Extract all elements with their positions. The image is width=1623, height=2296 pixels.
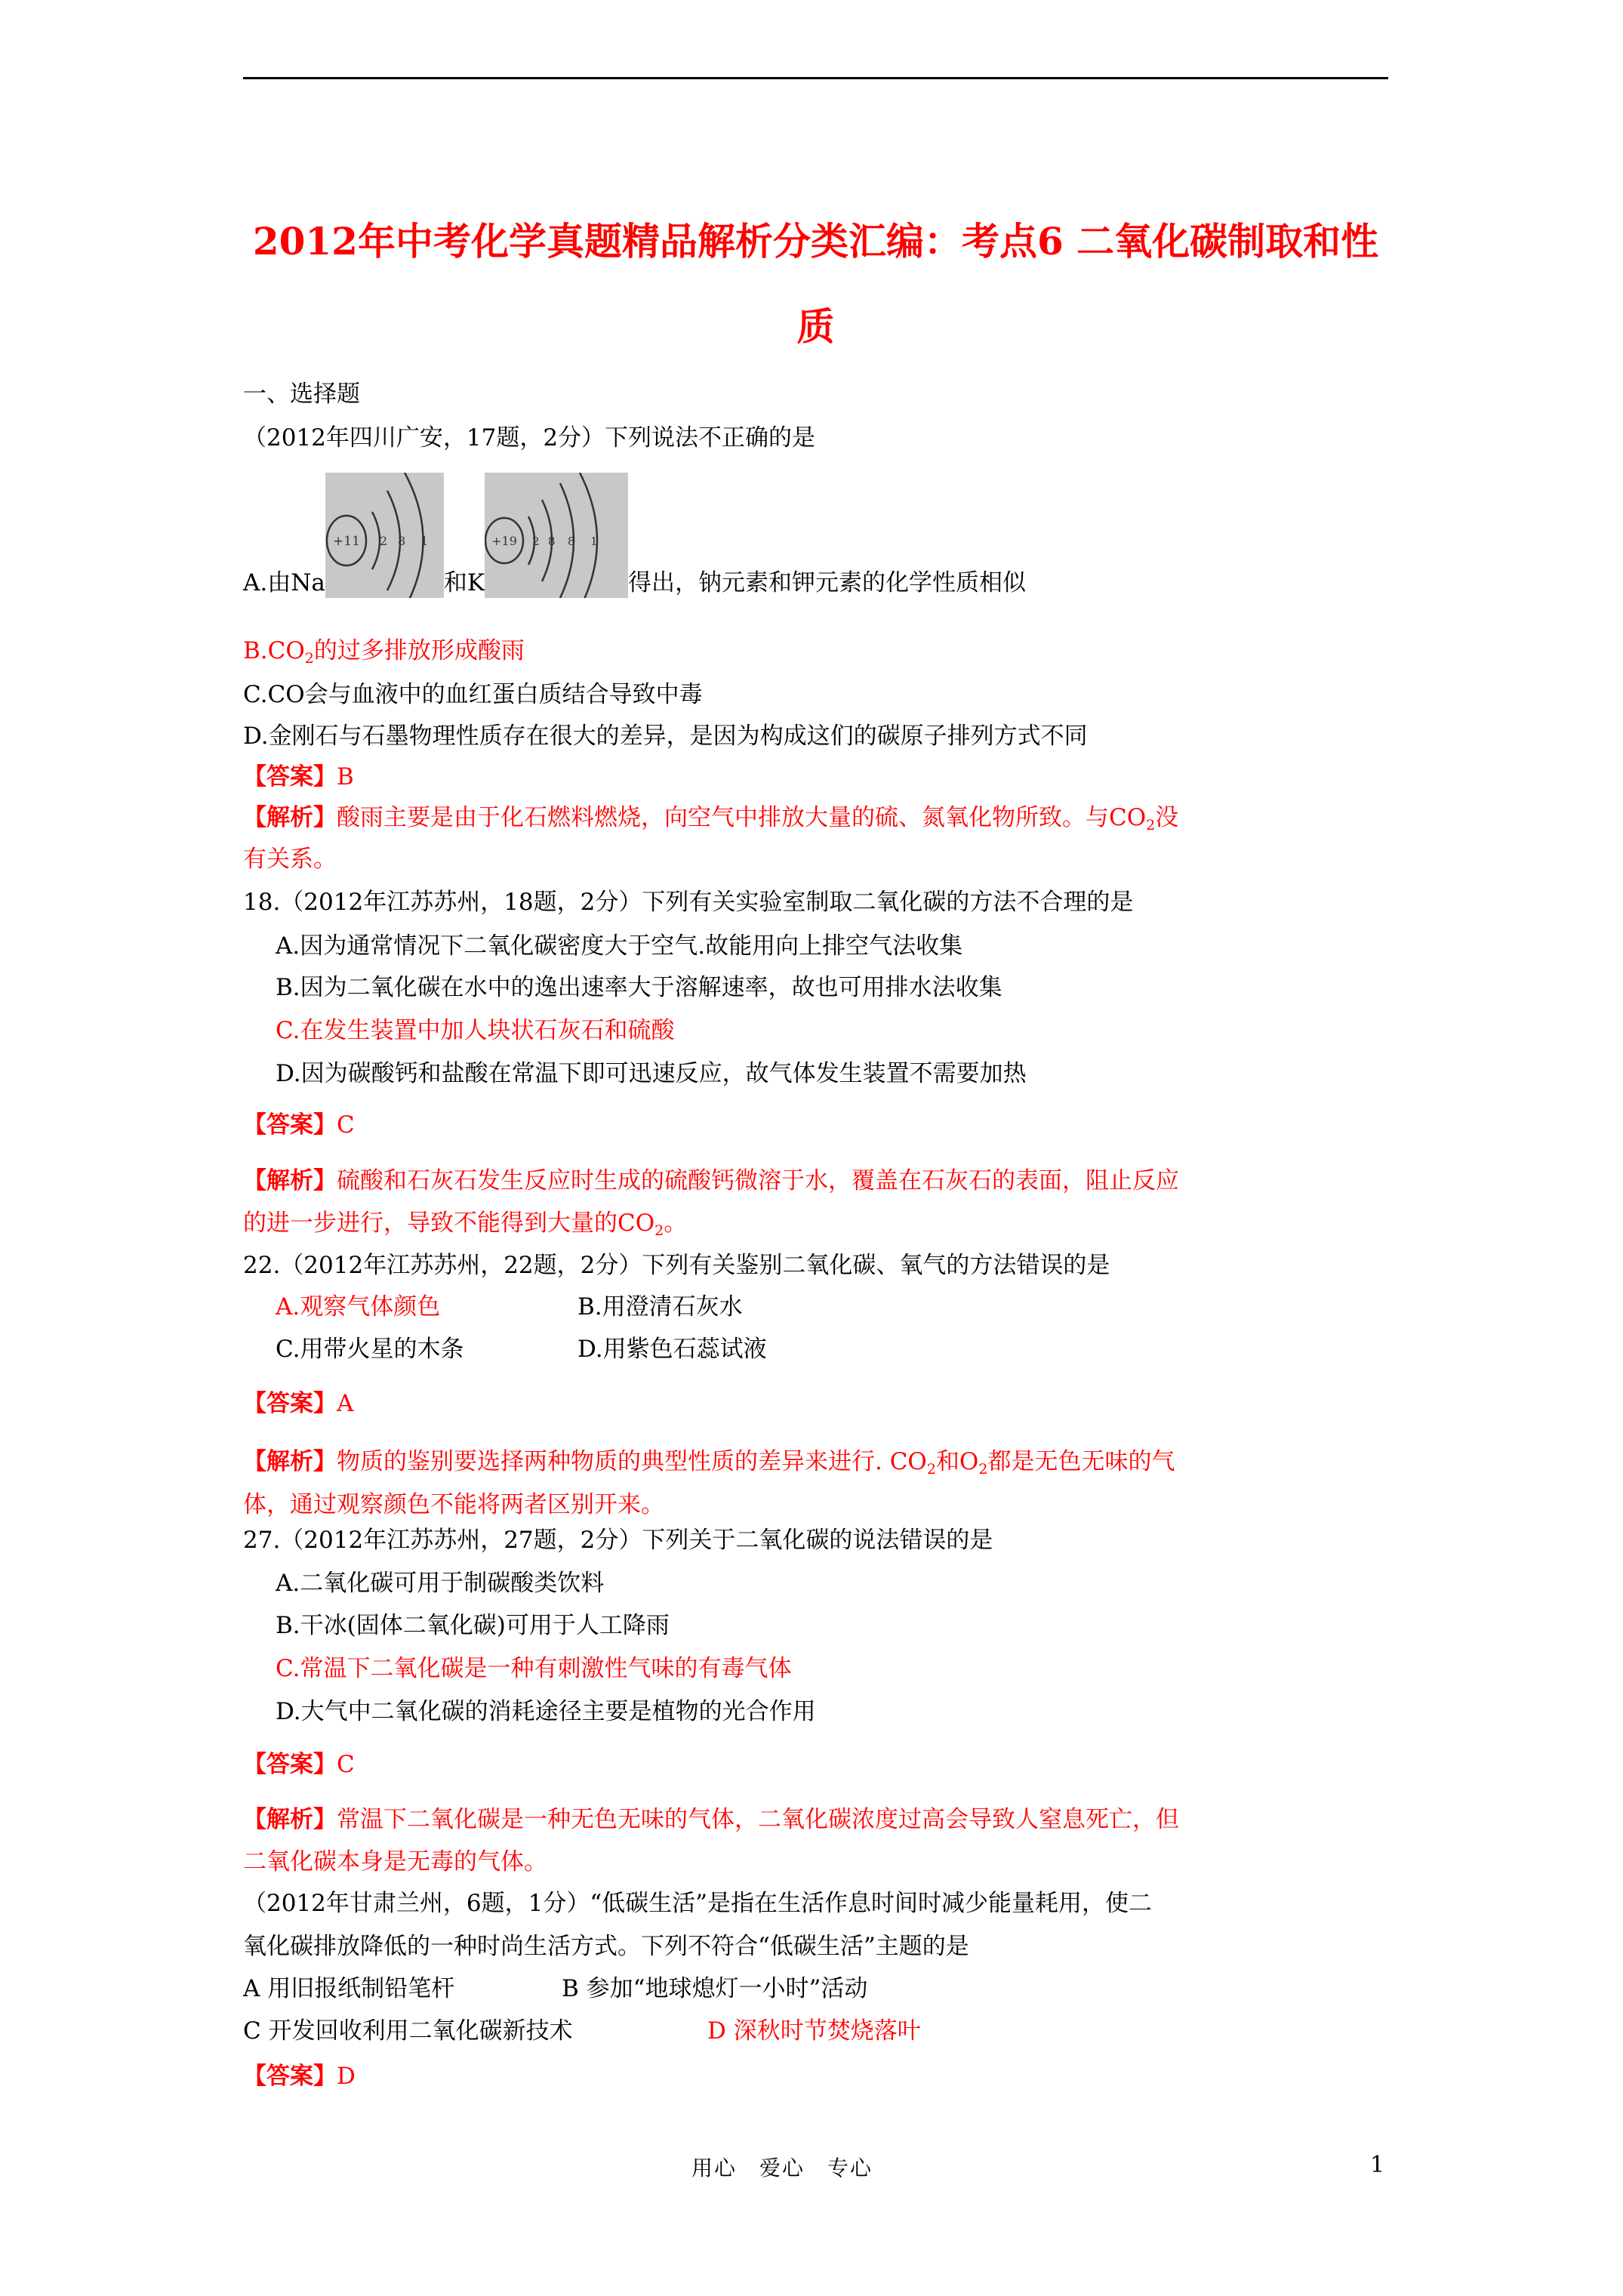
subscript: 2 [978, 1461, 987, 1478]
q18-analysis-line1: 【解析】硫酸和石灰石发生反应时生成的硫酸钙微溶于水，覆盖在石灰石的表面，阻止反应 [243, 1166, 1179, 1196]
q27-stem: 27.（2012年江苏苏州，27题，2分）下列关于二氧化碳的说法错误的是 [243, 1525, 993, 1555]
q22-options-row2: C.用带火星的木条D.用紫色石蕊试液 [276, 1334, 767, 1364]
svg-text:+11: +11 [333, 534, 360, 549]
q22-option-c: C.用带火星的木条 [276, 1334, 577, 1364]
q18-option-d: D.因为碳酸钙和盐酸在常温下即可迅速反应，故气体发生装置不需要加热 [276, 1059, 1027, 1089]
q-lanzhou-answer: 【答案】D [243, 2061, 356, 2091]
subscript: 2 [927, 1461, 936, 1478]
q-lanzhou-stem-line1: （2012年甘肃兰州，6题，1分）“低碳生活”是指在生活作息时间时减少能量耗用，… [243, 1888, 1152, 1918]
q17-option-a: A.由Na +11 2 8 1 和K +19 2 8 8 1 得出，钠元素和钾元… [243, 473, 1026, 598]
q22-analysis-line1: 【解析】物质的鉴别要选择两种物质的典型性质的差异来进行. CO2和O2都是无色无… [243, 1447, 1175, 1477]
q-lanzhou-option-b: B 参加“地球熄灯一小时”活动 [562, 1974, 867, 2004]
q-lanzhou-option-a: A 用旧报纸制铅笔杆 [243, 1974, 562, 2004]
subscript: 2 [654, 1222, 664, 1239]
subscript: 2 [1146, 817, 1155, 834]
answer-value: B [337, 763, 354, 791]
document-title-line1: 2012年中考化学真题精品解析分类汇编：考点6 二氧化碳制取和性 [243, 219, 1388, 264]
q22-answer: 【答案】A [243, 1388, 353, 1419]
answer-label: 【答案】 [243, 763, 337, 791]
analysis-label: 【解析】 [243, 804, 337, 831]
q27-analysis-line1: 【解析】常温下二氧化碳是一种无色无味的气体，二氧化碳浓度过高会导致人窒息死亡，但 [243, 1804, 1179, 1835]
svg-text:1: 1 [590, 535, 598, 548]
svg-text:2: 2 [532, 535, 540, 548]
q22-option-d: D.用紫色石蕊试液 [577, 1334, 767, 1364]
analysis-text: 酸雨主要是由于化石燃料燃烧，向空气中排放大量的硫、氮氧化物所致。与CO [337, 804, 1146, 831]
analysis-text: 物质的鉴别要选择两种物质的典型性质的差异来进行. CO [337, 1448, 927, 1475]
q-lanzhou-options-row1: A 用旧报纸制铅笔杆B 参加“地球熄灯一小时”活动 [243, 1974, 867, 2004]
answer-value: D [337, 2063, 356, 2090]
analysis-text: 都是无色无味的气 [987, 1448, 1175, 1475]
q17-analysis-line1: 【解析】酸雨主要是由于化石燃料燃烧，向空气中排放大量的硫、氮氧化物所致。与CO2… [243, 803, 1178, 833]
analysis-label: 【解析】 [243, 1448, 337, 1475]
answer-value: C [337, 1111, 355, 1139]
svg-text:1: 1 [420, 534, 428, 548]
q17-b-post: 的过多排放形成酸雨 [314, 637, 525, 664]
q27-option-b: B.干冰(固体二氧化碳)可用于人工降雨 [276, 1610, 670, 1641]
q18-option-b: B.因为二氧化碳在水中的逸出速率大于溶解速率，故也可用排水法收集 [276, 972, 1002, 1003]
footer-motto: 用心 爱心 专心 [691, 2152, 873, 2182]
q27-analysis-line2: 二氧化碳本身是无毒的气体。 [243, 1847, 547, 1877]
section-heading: 一、选择题 [243, 379, 360, 409]
q27-option-d: D.大气中二氧化碳的消耗途径主要是植物的光合作用 [276, 1697, 816, 1727]
analysis-text: 没 [1155, 804, 1178, 831]
svg-text:8: 8 [548, 535, 556, 548]
analysis-text: 。 [664, 1210, 687, 1237]
page-number: 1 [1370, 2152, 1384, 2178]
answer-value: A [337, 1390, 353, 1417]
q-lanzhou-option-d: D 深秋时节焚烧落叶 [707, 2016, 921, 2046]
q18-stem: 18.（2012年江苏苏州，18题，2分）下列有关实验室制取二氧化碳的方法不合理… [243, 887, 1133, 917]
analysis-text: 硫酸和石灰石发生反应时生成的硫酸钙微溶于水，覆盖在石灰石的表面，阻止反应 [337, 1167, 1179, 1194]
svg-text:2: 2 [380, 534, 387, 548]
q22-analysis-line2: 体，通过观察颜色不能将两者区别开来。 [243, 1490, 664, 1520]
q18-option-a: A.因为通常情况下二氧化碳密度大于空气.故能用向上排空气法收集 [276, 931, 962, 961]
q17-a-suffix: 得出，钠元素和钾元素的化学性质相似 [628, 569, 1026, 596]
subscript: 2 [305, 650, 314, 667]
q18-answer: 【答案】C [243, 1110, 355, 1140]
answer-label: 【答案】 [243, 1111, 337, 1139]
answer-value: C [337, 1751, 355, 1778]
answer-label: 【答案】 [243, 2063, 337, 2090]
q22-option-a: A.观察气体颜色 [276, 1292, 577, 1322]
q17-option-d: D.金刚石与石墨物理性质存在很大的差异，是因为构成这们的碳原子排列方式不同 [243, 721, 1088, 751]
analysis-text: 常温下二氧化碳是一种无色无味的气体，二氧化碳浓度过高会导致人窒息死亡，但 [337, 1806, 1179, 1833]
q27-option-a: A.二氧化碳可用于制碳酸类饮料 [276, 1568, 604, 1598]
q27-option-c: C.常温下二氧化碳是一种有刺激性气味的有毒气体 [276, 1653, 791, 1684]
analysis-text: 的进一步进行，导致不能得到大量的CO [243, 1210, 654, 1237]
q18-analysis-line2: 的进一步进行，导致不能得到大量的CO2。 [243, 1208, 687, 1238]
q22-option-b: B.用澄清石灰水 [577, 1292, 743, 1322]
q17-option-b: B.CO2的过多排放形成酸雨 [243, 636, 525, 666]
answer-label: 【答案】 [243, 1390, 337, 1417]
analysis-text: 和O [936, 1448, 978, 1475]
q17-answer: 【答案】B [243, 762, 354, 792]
sodium-atom-diagram: +11 2 8 1 [325, 473, 444, 598]
q17-a-prefix: A.由Na [243, 569, 325, 596]
svg-text:8: 8 [568, 535, 575, 548]
q22-options-row1: A.观察气体颜色B.用澄清石灰水 [276, 1292, 743, 1322]
q27-answer: 【答案】C [243, 1749, 355, 1780]
svg-text:8: 8 [398, 534, 405, 548]
q-lanzhou-stem-line2: 氧化碳排放降低的一种时尚生活方式。下列不符合“低碳生活”主题的是 [243, 1931, 969, 1962]
analysis-label: 【解析】 [243, 1167, 337, 1194]
svg-text:+19: +19 [491, 534, 517, 548]
q-lanzhou-options-row2: C 开发回收利用二氧化碳新技术D 深秋时节焚烧落叶 [243, 2016, 921, 2046]
q17-option-c: C.CO会与血液中的血红蛋白质结合导致中毒 [243, 680, 703, 710]
analysis-label: 【解析】 [243, 1806, 337, 1833]
q17-a-mid: 和K [444, 569, 485, 596]
answer-label: 【答案】 [243, 1751, 337, 1778]
q22-stem: 22.（2012年江苏苏州，22题，2分）下列有关鉴别二氧化碳、氧气的方法错误的… [243, 1250, 1110, 1281]
q-lanzhou-option-c: C 开发回收利用二氧化碳新技术 [243, 2016, 707, 2046]
q17-b-pre: B.CO [243, 637, 305, 664]
q17-analysis-line2: 有关系。 [243, 844, 337, 874]
q17-stem: （2012年四川广安，17题，2分）下列说法不正确的是 [243, 423, 815, 453]
header-rule [243, 77, 1388, 79]
document-title-line2: 质 [243, 304, 1388, 350]
potassium-atom-diagram: +19 2 8 8 1 [485, 473, 628, 598]
q18-option-c: C.在发生装置中加人块状石灰石和硫酸 [276, 1015, 674, 1046]
